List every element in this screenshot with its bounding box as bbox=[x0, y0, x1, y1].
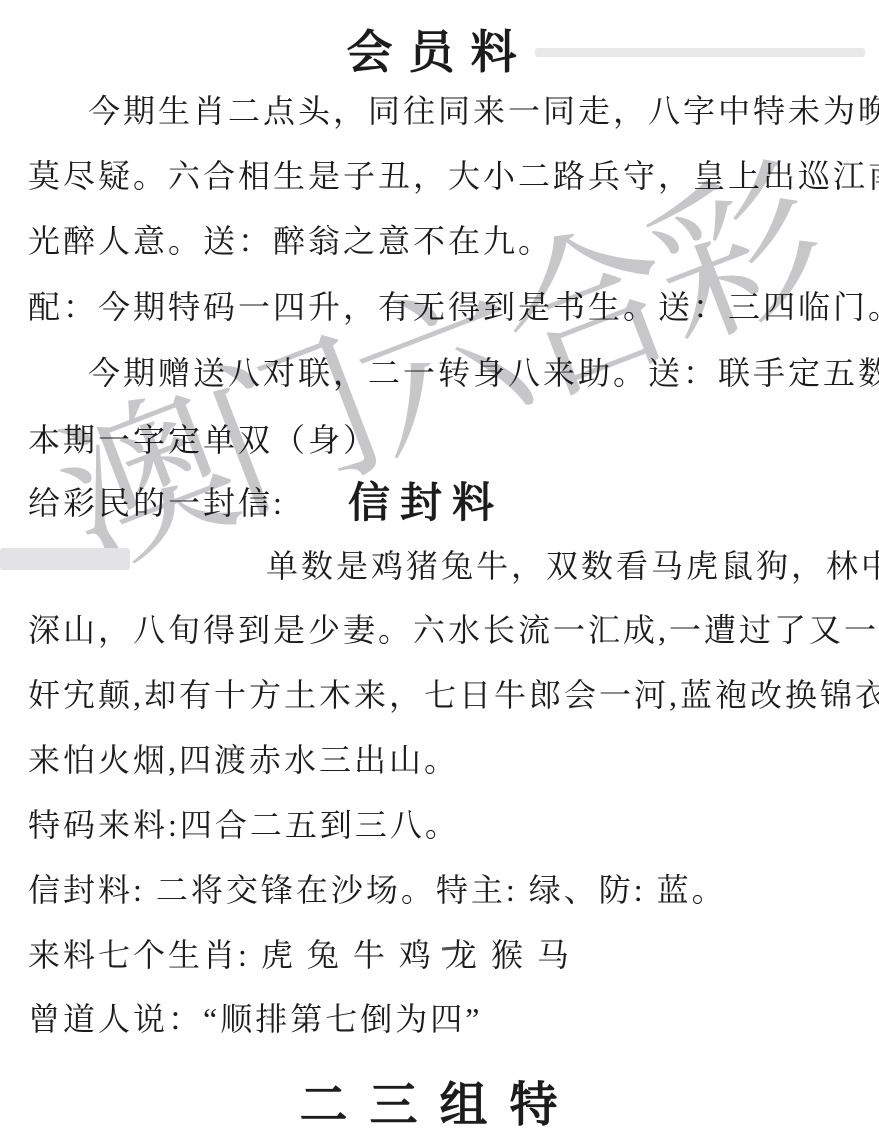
paragraph-line: 今期赠送八对联，二一转身八来助。送：联手定五数 bbox=[88, 357, 879, 389]
paragraph-line: 信封料: 二将交锋在沙场。特主: 绿、防: 蓝。 bbox=[28, 874, 727, 906]
footer-title: 二三组特 bbox=[0, 1066, 879, 1128]
scan-smudge-left bbox=[0, 548, 130, 570]
section-heading: 信封料 bbox=[348, 470, 504, 530]
paragraph-line: 莫尽疑。六合相生是子丑，大小二路兵守，皇上出巡江南记，一路风 bbox=[28, 160, 879, 192]
paragraph-line: 配：今期特码一四升，有无得到是书生。送：三四临门。 bbox=[28, 291, 879, 323]
paragraph-line: 今期生肖二点头，同往同来一同走，八字中特未为晚，信者得求 bbox=[88, 95, 879, 127]
zodiac-line: 来料七个生肖: 虎 兔 牛 鸡 龙 猴 马 bbox=[28, 939, 572, 971]
paragraph-line: 奸宄颠,却有十方土木来，七日牛郎会一河,蓝袍改换锦衣归,蚊子从 bbox=[28, 679, 879, 711]
paragraph-line: 光醉人意。送：醉翁之意不在九。 bbox=[28, 225, 553, 257]
quote-line: 曾道人说：“顺排第七倒为四” bbox=[28, 1003, 482, 1035]
paragraph-line: 本期一字定单双（身） bbox=[28, 424, 378, 456]
paragraph-line: 特码来料:四合二五到三八。 bbox=[28, 809, 460, 841]
paragraph-line: 深山，八旬得到是少妻。六水长流一汇成,一遭过了又一遭,笑里藏刀 bbox=[28, 614, 879, 646]
paragraph-line: 来怕火烟,四渡赤水三出山。 bbox=[28, 744, 459, 776]
page-title: 会员料 bbox=[0, 16, 879, 82]
letter-label: 给彩民的一封信: bbox=[28, 487, 285, 519]
paragraph-line: 单数是鸡猪兔牛，双数看马虎鼠狗，林中大王出 bbox=[266, 550, 879, 582]
scanned-document-page: 澳门六合彩 会员料 今期生肖二点头，同往同来一同走，八字中特未为晚，信者得求 莫… bbox=[0, 0, 879, 1128]
